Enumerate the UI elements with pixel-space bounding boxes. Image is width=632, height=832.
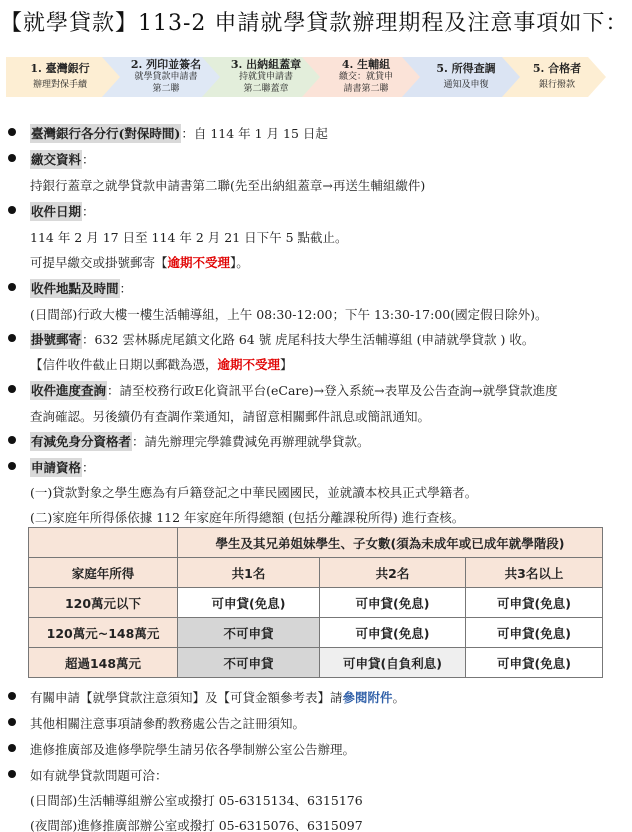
contact-day: (日間部)生活輔導組辦公室或撥打 05-6315134、6315176	[30, 791, 363, 809]
process-flow: 1. 臺灣銀行辦理對保手續 2. 列印並簽名就學貸款申請書第二聯 3. 出納組蓋…	[6, 57, 606, 97]
item-text: (二)家庭年所得係依據 112 年家庭年所得總額 (包括分離課稅所得) 進行查核…	[30, 508, 464, 526]
flow-step-line: 通知及申復	[422, 79, 510, 91]
flow-step-title: 2. 列印並簽名	[122, 59, 210, 71]
flow-step-title: 5. 合格者	[522, 63, 592, 75]
colon: ：	[82, 152, 95, 167]
bullet-icon	[8, 154, 16, 162]
flow-step-line: 辦理對保手續	[10, 79, 110, 91]
table-row: 120萬元~148萬元 不可申貸 可申貸(免息) 可申貸(免息)	[29, 618, 603, 648]
table-corner	[29, 528, 178, 558]
flow-step-4: 4. 生輔組繳交：就貸申請書第二聯	[302, 57, 424, 97]
item-label: 收件進度查詢	[30, 381, 107, 400]
flow-step-title: 5. 所得查調	[422, 63, 510, 75]
colon: ：	[82, 460, 95, 475]
item-label: 有減免身分資格者	[30, 432, 132, 451]
item-label: 收件地點及時間	[30, 279, 120, 298]
income-bracket: 120萬元以下	[29, 588, 178, 618]
table-cell: 可申貸(免息)	[178, 588, 320, 618]
item-text: ：請先辦理完學雜費減免再辦理就學貸款。	[132, 434, 370, 449]
late-warning: 逾期不受理	[218, 357, 281, 372]
table-col-header: 共1名	[178, 558, 320, 588]
item-text: 進修推廣部及進修學院學生請另依各學制辦公室公告辦理。	[30, 740, 355, 758]
item-text: 】。	[230, 255, 249, 270]
item-text: 如有就學貸款問題可洽：	[30, 766, 168, 784]
table-row: 120萬元以下 可申貸(免息) 可申貸(免息) 可申貸(免息)	[29, 588, 603, 618]
item-text: 持銀行蓋章之就學貸款申請書第二聯(先至出納組蓋章→再送生輔組繳件)	[30, 176, 425, 194]
item-text: 【信件收件截止日期以郵戳為憑，	[30, 357, 218, 372]
flow-step-1: 1. 臺灣銀行辦理對保手續	[6, 57, 124, 97]
flow-step-line: 第二聯	[122, 83, 210, 95]
item-text: 。	[393, 690, 406, 705]
item-text: ：請至校務行政E化資訊平台(eCare)→登入系統→表單及公告查詢→就學貸款進度	[107, 383, 558, 398]
item-text: (一)貸款對象之學生應為有戶籍登記之中華民國國民，並就讀本校具正式學籍者。	[30, 483, 477, 501]
table-cell: 不可申貸	[178, 648, 320, 678]
item-label: 掛號郵寄	[30, 330, 82, 349]
item-label: 臺灣銀行各分行(對保時間)	[30, 124, 181, 143]
flow-step-line: 就學貸款申請書	[122, 71, 210, 83]
flow-step-line: 第二聯蓋章	[222, 83, 310, 95]
flow-step-title: 4. 生輔組	[322, 59, 410, 71]
item-text: 其他相關注意事項請參酌教務處公告之註冊須知。	[30, 714, 305, 732]
item-text: ：632 雲林縣虎尾鎮文化路 64 號 虎尾科技大學生活輔導組 (申請就學貸款 …	[82, 332, 534, 347]
table-col-header: 共2名	[320, 558, 466, 588]
item-text: 可提早繳交或掛號郵寄【	[30, 255, 168, 270]
table-row: 超過148萬元 不可申貸 可申貸(自負利息) 可申貸(免息)	[29, 648, 603, 678]
table-cell: 可申貸(免息)	[320, 618, 466, 648]
bullet-icon	[8, 334, 16, 342]
table-cell: 可申貸(自負利息)	[320, 648, 466, 678]
item-text: 查詢確認。另後續仍有查調作業通知，請留意相關郵件訊息或簡訊通知。	[30, 407, 430, 425]
flow-step-3: 3. 出納組蓋章持就貸申請書第二聯蓋章	[202, 57, 324, 97]
page-title: 【就學貸款】113-2 申請就學貸款辦理期程及注意事項如下：	[0, 6, 632, 37]
colon: ：	[82, 204, 95, 219]
item-text: ：自 114 年 1 月 15 日起	[181, 126, 328, 141]
flow-step-5: 5. 所得查調通知及申復	[402, 57, 524, 97]
item-text: 】	[280, 357, 293, 372]
table-cell: 不可申貸	[178, 618, 320, 648]
table-col-header: 共3名以上	[466, 558, 603, 588]
contact-night: (夜間部)進修推廣部辦公室或撥打 05-6315076、6315097	[30, 816, 363, 832]
item-text: 114 年 2 月 17 日至 114 年 2 月 21 日下午 5 點截止。	[30, 228, 348, 246]
attachment-link[interactable]: 參閱附件	[343, 690, 393, 705]
item-text: 有關申請【就學貸款注意須知】及【可貸金額參考表】請	[30, 690, 343, 705]
item-label: 繳交資料	[30, 150, 82, 169]
flow-step-line: 繳交：就貸申	[322, 71, 410, 83]
income-bracket: 120萬元~148萬元	[29, 618, 178, 648]
table-cell: 可申貸(免息)	[466, 648, 603, 678]
bullet-icon	[8, 718, 16, 726]
table-row-header: 家庭年所得	[29, 558, 178, 588]
flow-step-line: 銀行撥款	[522, 79, 592, 91]
table-cell: 可申貸(免息)	[466, 618, 603, 648]
flow-step-line: 持就貸申請書	[222, 71, 310, 83]
item-label: 申請資格	[30, 458, 82, 477]
flow-step-title: 1. 臺灣銀行	[10, 63, 110, 75]
bullet-icon	[8, 692, 16, 700]
flow-step-line: 請書第二聯	[322, 83, 410, 95]
item-text: (日間部)行政大樓一樓生活輔導組，上午 08:30-12:00；下午 13:30…	[30, 305, 548, 323]
colon: ：	[120, 281, 133, 296]
bullet-icon	[8, 283, 16, 291]
bullet-icon	[8, 128, 16, 136]
bullet-icon	[8, 385, 16, 393]
late-warning: 逾期不受理	[168, 255, 231, 270]
loan-eligibility-table: 學生及其兄弟姐妹學生、子女數(須為未成年或已成年就學階段) 家庭年所得 共1名 …	[28, 527, 603, 678]
bullet-icon	[8, 206, 16, 214]
table-cell: 可申貸(免息)	[466, 588, 603, 618]
item-label: 收件日期	[30, 202, 82, 221]
bullet-icon	[8, 436, 16, 444]
flow-step-2: 2. 列印並簽名就學貸款申請書第二聯	[102, 57, 224, 97]
table-group-header: 學生及其兄弟姐妹學生、子女數(須為未成年或已成年就學階段)	[178, 528, 603, 558]
flow-step-title: 3. 出納組蓋章	[222, 59, 310, 71]
bullet-icon	[8, 462, 16, 470]
bullet-icon	[8, 770, 16, 778]
bullet-icon	[8, 744, 16, 752]
table-cell: 可申貸(免息)	[320, 588, 466, 618]
income-bracket: 超過148萬元	[29, 648, 178, 678]
